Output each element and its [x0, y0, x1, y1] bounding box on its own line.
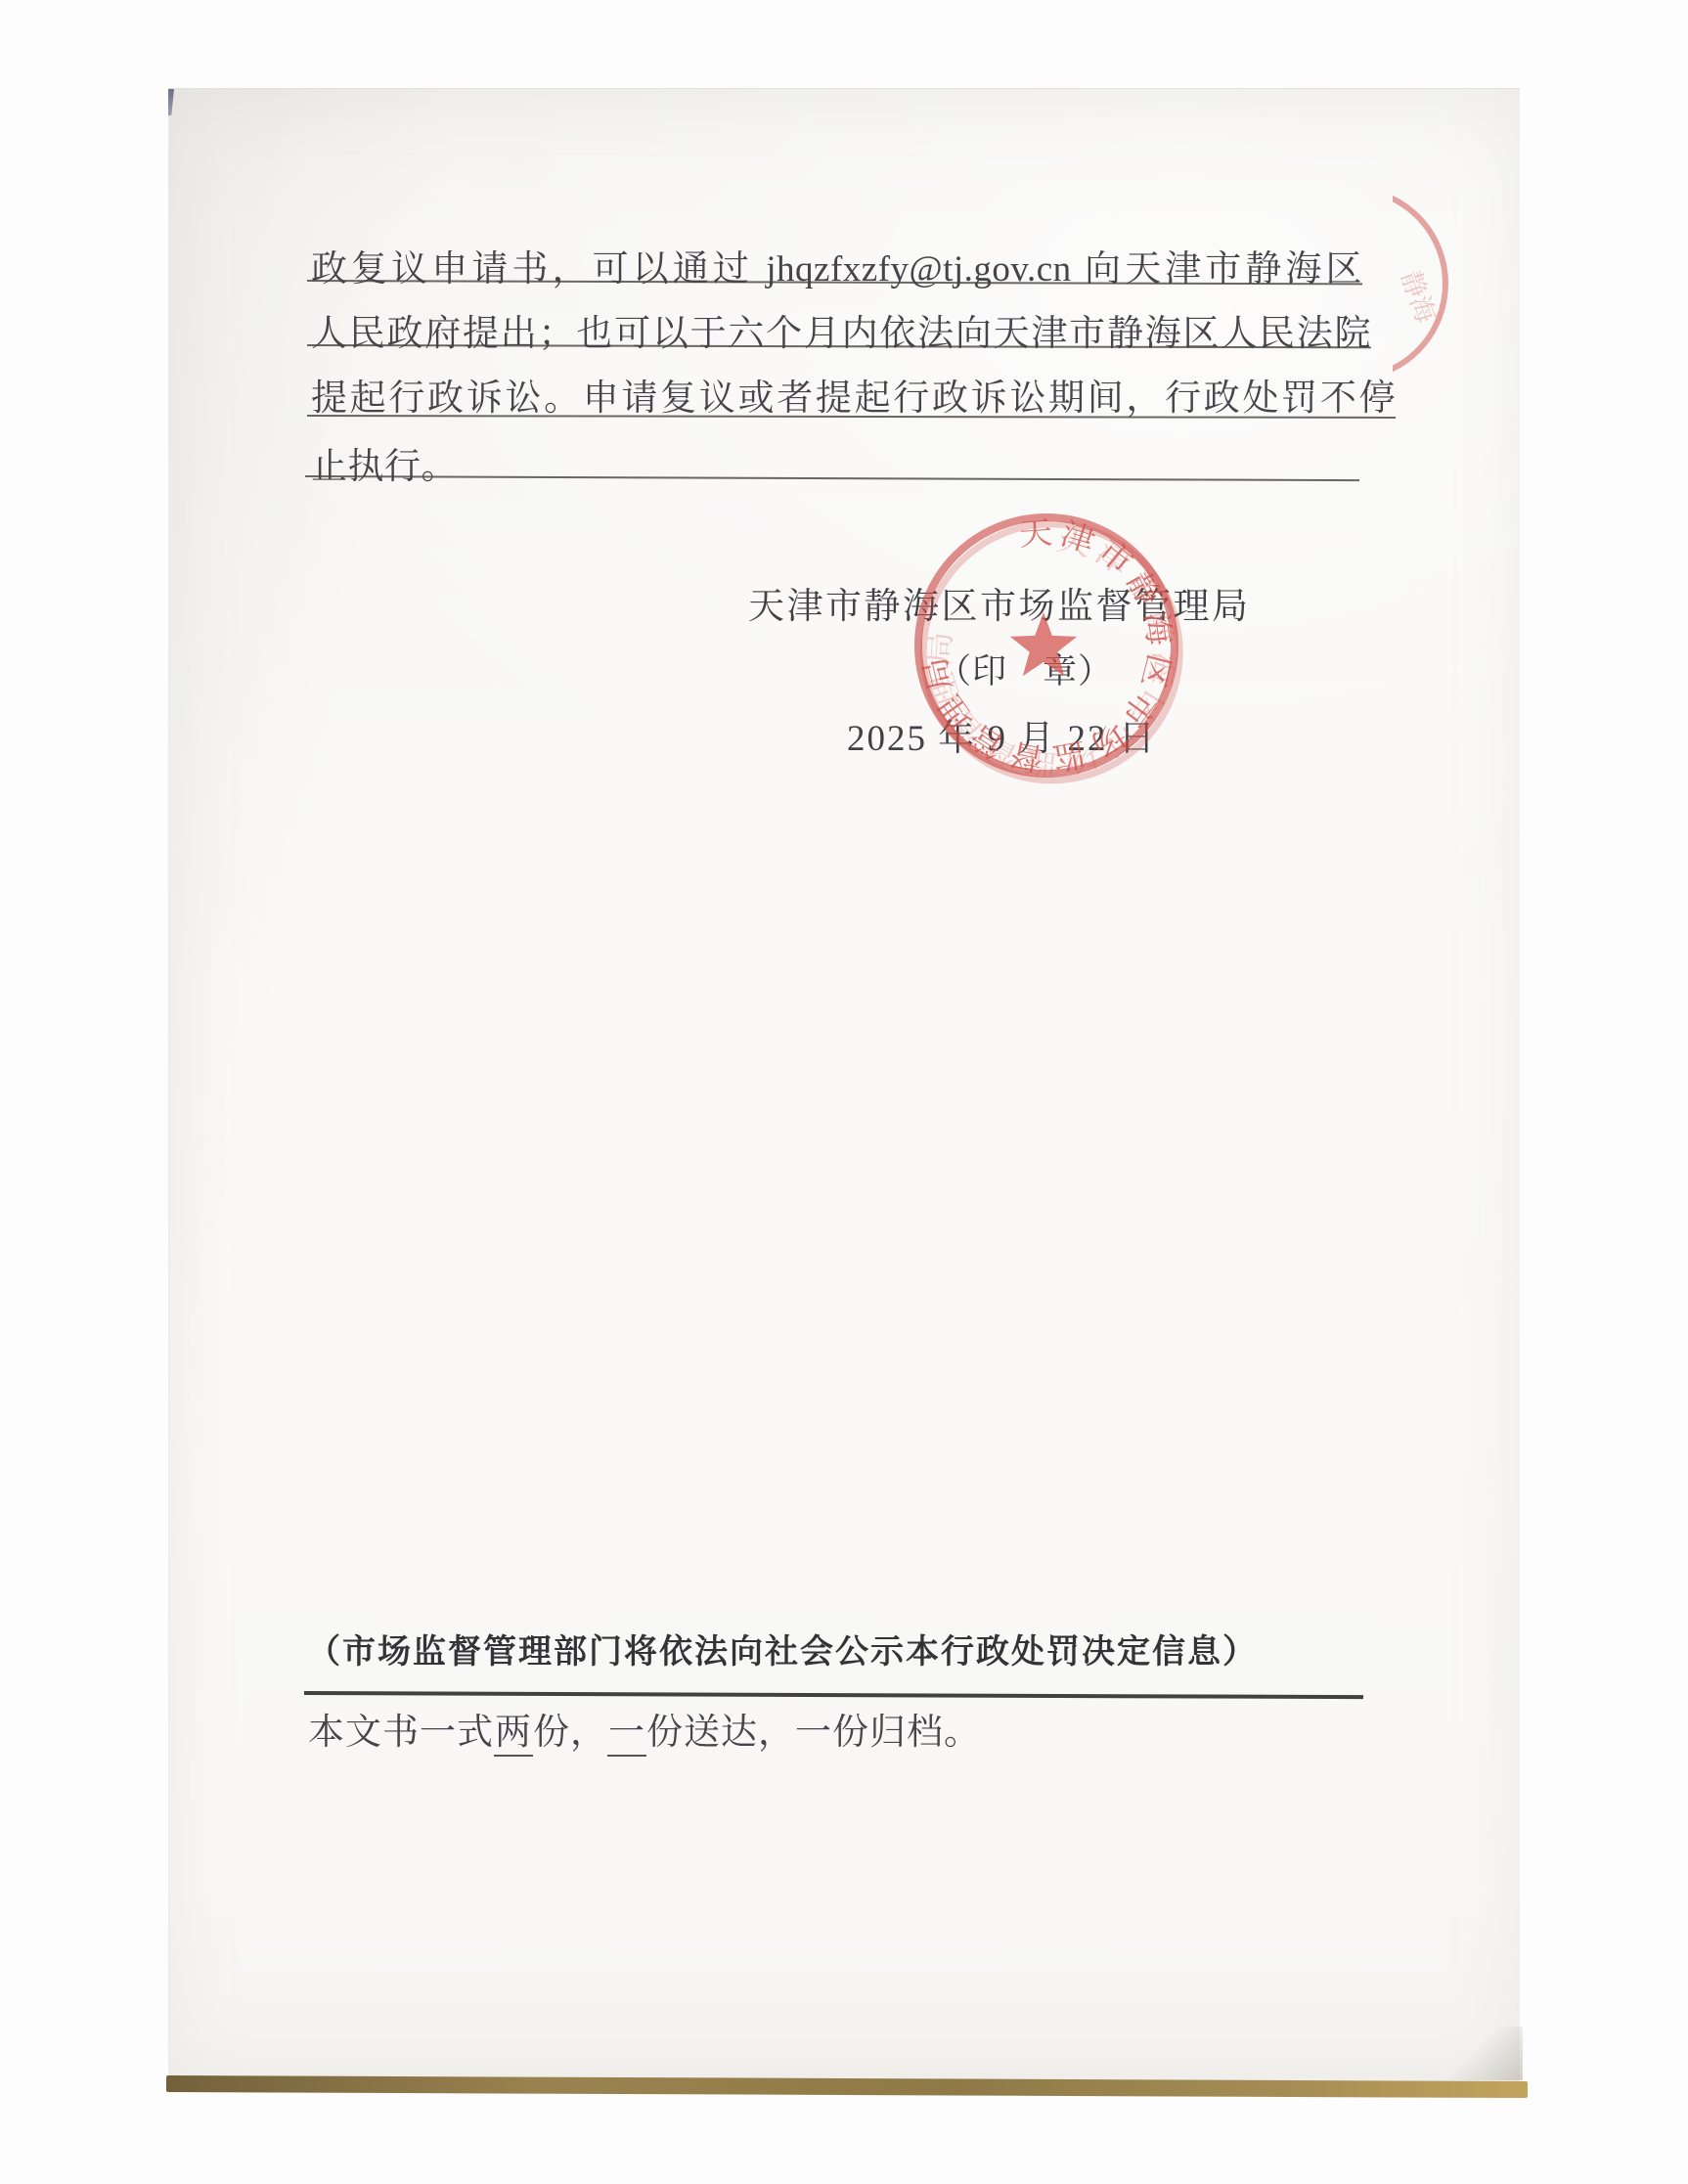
scanned-document-photo: 政复议申请书，可以通过 jhqzfxzfy@tj.gov.cn 向天津市静海区 … — [0, 0, 1688, 2184]
body-text-line-4: 止执行。 — [311, 436, 702, 481]
body-text-line-2: 人民政府提出；也可以于六个月内依法向天津市静海区人民法院 — [311, 303, 1371, 348]
publicity-notice: （市场监督管理部门将依法向社会公示本行政处罚决定信息） — [307, 1625, 1258, 1672]
filled-blank: 两 — [494, 1702, 533, 1757]
body-text-line-3: 提起行政诉讼。申请复议或者提起行政诉讼期间，行政处罚不停 — [311, 368, 1396, 413]
copies-text: 份送达，一份归档。 — [646, 1713, 981, 1753]
copies-text: 本文书一式 — [308, 1713, 494, 1753]
seal-star-icon — [1010, 612, 1077, 676]
official-seal-stamp: 天津市静海区市场监督管理局 天津市静海区市场监督管理局 — [885, 484, 1208, 807]
copies-note: 本文书一式两份，一份送达，一份归档。 — [308, 1702, 981, 1757]
body-text-line-1: 政复议申请书，可以通过 jhqzfxzfy@tj.gov.cn 向天津市静海区 — [311, 239, 1362, 284]
fragment-ghost-text: 静海 — [1396, 267, 1442, 327]
partial-seal-fragment: 静海 — [1297, 174, 1463, 394]
paper-corner-shadow — [1430, 2027, 1523, 2080]
copies-text: 份， — [533, 1713, 607, 1753]
filled-blank: 一 — [607, 1702, 646, 1757]
